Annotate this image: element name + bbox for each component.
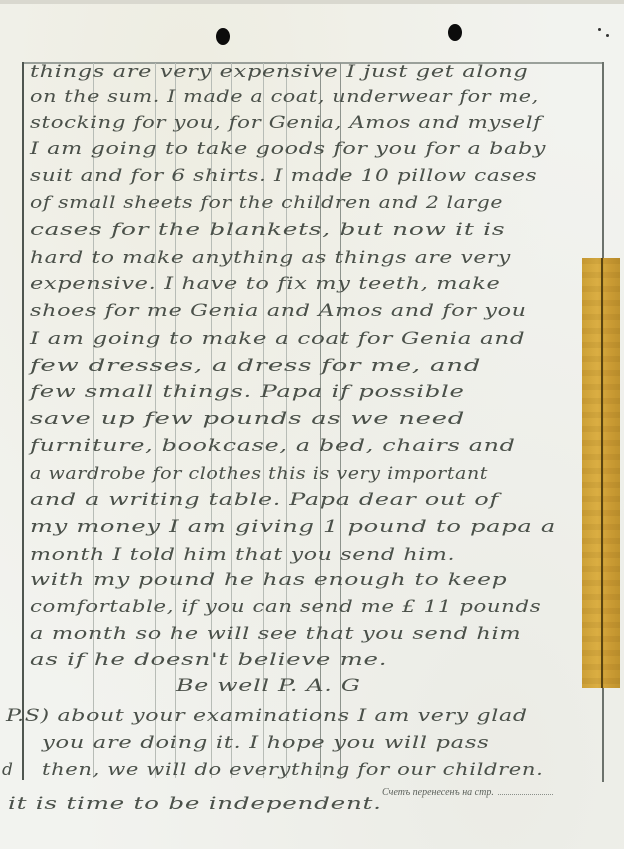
- letter-signoff: Be well P. A. G: [176, 676, 361, 696]
- punch-hole-left: [216, 28, 230, 45]
- tape-border-line: [601, 258, 603, 688]
- letter-line: cases for the blankets, but now it is: [30, 220, 505, 240]
- letter-postscript-line: you are doing it. I hope you will pass: [42, 733, 489, 753]
- printed-ledger-footer: Счетъ перенесенъ на стр.: [382, 787, 553, 798]
- letter-postscript-line: then, we will do everything for our chil…: [42, 760, 543, 780]
- letter-line: hard to make anything as things are very: [30, 248, 511, 268]
- letter-page: things are very expensive I just get alo…: [0, 0, 624, 849]
- letter-postscript-line: it is time to be independent.: [8, 794, 382, 814]
- letter-line: and a writing table. Papa dear out of: [30, 490, 499, 510]
- margin-fragment: d: [2, 760, 13, 780]
- footer-dotted-line: [498, 794, 553, 795]
- letter-line: with my pound he has enough to keep: [30, 570, 507, 590]
- letter-line: my money I am giving 1 pound to papa a: [30, 517, 556, 537]
- letter-line: stocking for you, for Genia, Amos and my…: [30, 113, 542, 133]
- letter-line: expensive. I have to fix my teeth, make: [30, 274, 500, 294]
- ledger-border-left: [22, 62, 24, 780]
- paper-speck: [606, 34, 609, 37]
- letter-line: a month so he will see that you send him: [30, 624, 521, 644]
- letter-line: month I told him that you send him.: [30, 545, 455, 565]
- letter-line: comfortable, if you can send me £ 11 pou…: [30, 597, 541, 617]
- printed-footer-text: Счетъ перенесенъ на стр.: [382, 787, 494, 798]
- letter-postscript-line: P.S) about your examinations I am very g…: [6, 706, 528, 726]
- letter-line: save up few pounds as we need: [30, 409, 465, 429]
- scan-top-edge: [0, 0, 624, 4]
- letter-line: of small sheets for the children and 2 l…: [30, 193, 503, 213]
- letter-line: on the sum. I made a coat, underwear for…: [30, 87, 539, 107]
- letter-line: a wardrobe for clothes this is very impo…: [30, 464, 488, 484]
- letter-line: I am going to make a coat for Genia and: [30, 329, 525, 349]
- punch-hole-right: [448, 24, 462, 41]
- letter-line: furniture, bookcase, a bed, chairs and: [30, 436, 516, 456]
- letter-line: as if he doesn't believe me.: [30, 650, 387, 670]
- letter-line: few small things. Papa if possible: [30, 382, 465, 402]
- paper-speck: [598, 28, 601, 31]
- letter-line: I am going to take goods for you for a b…: [30, 139, 546, 159]
- letter-line: shoes for me Genia and Amos and for you: [30, 301, 527, 321]
- letter-line: suit and for 6 shirts. I made 10 pillow …: [30, 166, 537, 186]
- letter-line: few dresses, a dress for me, and: [30, 356, 481, 376]
- letter-line: things are very expensive I just get alo…: [30, 62, 528, 82]
